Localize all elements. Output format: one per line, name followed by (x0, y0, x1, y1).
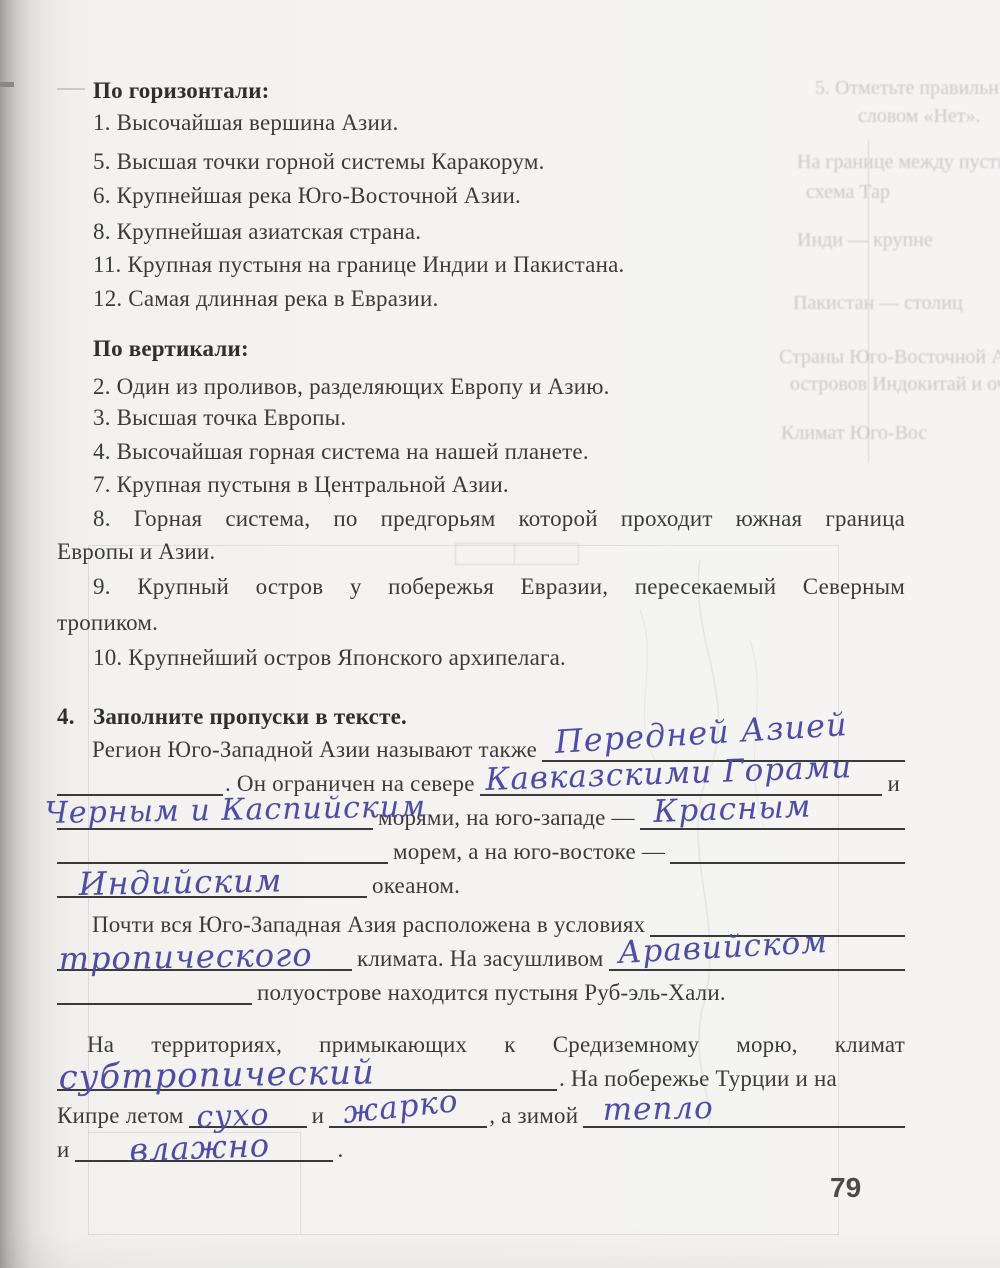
answer-blank: тепло (583, 1103, 905, 1128)
fill-line: Кипре летом сухо и жарко , а зимой тепло (57, 1103, 905, 1128)
printed-text: морем, а на юго-востоке — (388, 840, 670, 864)
printed-text: и (307, 1104, 330, 1128)
clue-line: 6. Крупнейшая река Юго-Восточной Азии. (93, 183, 521, 209)
printed-text: климата. На засушливом (352, 947, 609, 971)
handwritten-answer: Индийским (78, 861, 282, 903)
bleed-text: словом «Нет». (858, 104, 1000, 128)
clue-line: 11. Крупная пустыня на границе Индии и П… (93, 252, 624, 278)
clue-line: 3. Высшая точка Европы. (93, 405, 346, 431)
answer-blank: субтропический (57, 1066, 557, 1091)
clue-line-continuation: Европы и Азии. (57, 539, 215, 565)
bleed-text: Инди — крупне (797, 228, 1000, 252)
handwritten-answer: Черным и Каспийским (44, 789, 426, 831)
printed-text: океаном. (367, 874, 465, 898)
answer-blank: тропического (57, 946, 352, 971)
bleed-text: 5. Отметьте правильные высказыван (815, 76, 1000, 100)
fill-line: и влажно . (57, 1137, 905, 1162)
answer-blank: жарко (329, 1103, 487, 1128)
page-number: 79 (830, 1172, 861, 1204)
bleed-text: На границе между пустын (797, 150, 1000, 174)
clue-line: 7. Крупная пустыня в Центральной Азии. (93, 472, 509, 498)
answer-blank (57, 980, 252, 1005)
printed-text: На территориях, примыкающих к Средиземно… (57, 1032, 905, 1058)
handwritten-answer: тропического (58, 936, 313, 978)
bleed-text: островов Индокитай и оч (790, 372, 1000, 396)
clue-line: 8. Горная система, по предгорьям которой… (93, 506, 905, 532)
answer-blank: сухо (189, 1103, 307, 1128)
clue-line: 4. Высочайшая горная система на нашей пл… (93, 439, 589, 465)
handwritten-answer: тепло (603, 1090, 715, 1128)
clue-line: 2. Один из проливов, разделяющих Европу … (93, 374, 610, 400)
printed-text: Кипре летом (57, 1104, 189, 1128)
handwritten-answer: влажно (128, 1126, 270, 1169)
bleed-text: Климат Юго-Вос (781, 421, 1000, 445)
fill-line: Индийским океаном. (57, 873, 905, 898)
printed-text: . На побережье Турции и на (557, 1067, 842, 1091)
printed-text: Почти вся Юго-Западная Азия расположена … (87, 913, 650, 937)
clue-line: 10. Крупнейший остров Японского архипела… (93, 645, 566, 671)
answer-blank (57, 839, 388, 864)
clue-line: 8. Крупнейшая азиатская страна. (93, 219, 421, 245)
fill-line: тропического климата. На засушливом Арав… (57, 946, 905, 971)
crossword-horizontal-title: По горизонтали: (93, 78, 270, 104)
crossword-vertical-title: По вертикали: (93, 336, 249, 362)
fill-line: полуострове находится пустыня Руб-эль-Ха… (57, 980, 905, 1005)
printed-text: полуострове находится пустыня Руб-эль-Ха… (252, 981, 731, 1005)
printed-text: Регион Юго-Западной Азии называют также (87, 738, 542, 762)
scanned-workbook-page: 5. Отметьте правильные высказыван словом… (0, 0, 1000, 1268)
clue-line: 9. Крупный остров у побережья Евразии, п… (93, 574, 905, 600)
clue-line: 1. Высочайшая вершина Азии. (93, 110, 398, 136)
printed-text: . (333, 1138, 349, 1162)
answer-blank: Черным и Каспийским (57, 805, 373, 830)
scan-edge-mark (0, 82, 14, 87)
fill-line: Черным и Каспийским морями, на юго-запад… (57, 805, 905, 830)
answer-blank: Красным (640, 805, 905, 830)
task-title: Заполните пропуски в тексте. (93, 704, 407, 730)
handwritten-answer: Красным (652, 789, 811, 830)
clue-line-continuation: тропиком. (57, 610, 158, 636)
task-number: 4. (57, 704, 75, 730)
printed-text: и (57, 1138, 75, 1162)
bleed-text: Страны Юго-Восточной Аз (779, 345, 1000, 369)
answer-blank: Аравийском (609, 946, 906, 971)
handwritten-answer: субтропический (58, 1052, 375, 1098)
scan-edge-mark (57, 88, 85, 90)
clue-line: 5. Высшая точки горной системы Каракорум… (93, 149, 545, 175)
answer-blank: влажно (75, 1137, 333, 1162)
clue-line: 12. Самая длинная река в Евразии. (93, 286, 438, 312)
bleed-text: Пакистан — столиц (793, 291, 1000, 315)
fill-line: морем, а на юго-востоке — (57, 839, 905, 864)
bleed-text: схема Тар (806, 180, 1000, 204)
bleed-map-label-box (455, 543, 579, 565)
printed-text: и (882, 772, 905, 796)
answer-blank (57, 771, 223, 796)
answer-blank (670, 839, 905, 864)
printed-text: , а зимой (487, 1104, 583, 1128)
answer-blank: Индийским (57, 873, 367, 898)
fill-line: субтропический . На побережье Турции и н… (57, 1066, 905, 1091)
